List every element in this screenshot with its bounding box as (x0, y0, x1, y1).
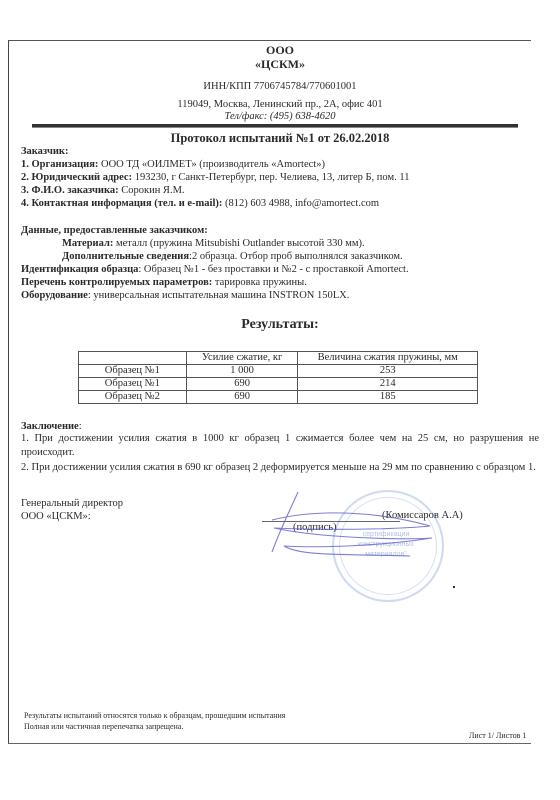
label: Заключение (21, 421, 79, 432)
table-row: Образец №1 1 000 253 (79, 365, 478, 378)
value: : универсальная испытательная машина INS… (88, 290, 350, 301)
conclusion-item-2: 2. При достижении усилия сжатия в 690 кг… (21, 461, 539, 475)
customer-organization: 1. Организация: ООО ТД «ОИЛМЕТ» (произво… (21, 158, 325, 171)
extra-info-line: Дополнительные сведения:2 образца. Отбор… (62, 250, 403, 263)
org-address: 119049, Москва, Ленинский пр., 2А, офис … (0, 99, 560, 110)
signer-company: ООО «ЦСКМ»: (21, 510, 91, 523)
customer-address: 2. Юридический адрес: 193230, г Санкт-Пе… (21, 171, 409, 184)
customer-heading: Заказчик: (21, 145, 68, 158)
results-heading: Результаты: (0, 317, 560, 333)
page-number: Лист 1/ Листов 1 (469, 731, 526, 740)
dot-mark (453, 586, 455, 588)
table-row: Образец №2 690 185 (79, 391, 478, 404)
value: тарировка пружины. (212, 277, 307, 288)
inn-kpp: ИНН/КПП 7706745784/770601001 (0, 81, 560, 92)
value: (812) 603 4988, info@amortect.com (222, 198, 379, 209)
table-cell: Образец №2 (79, 391, 187, 404)
label: Дополнительные сведения (62, 251, 189, 262)
table-cell: Образец №1 (79, 365, 187, 378)
signer-position: Генеральный директор (21, 497, 123, 510)
conclusion-item-1: 1. При достижении усилия сжатия в 1000 к… (21, 432, 539, 460)
results-table: Усилие сжатие, кг Величина сжатия пружин… (78, 351, 478, 404)
equipment-line: Оборудование: универсальная испытательна… (21, 289, 349, 302)
table-cell: 185 (298, 391, 478, 404)
label: Оборудование (21, 290, 88, 301)
provided-heading: Данные, предоставленные заказчиком: (21, 224, 208, 237)
table-cell: 1 000 (186, 365, 298, 378)
table-cell: 214 (298, 378, 478, 391)
label: Материал: (62, 238, 113, 249)
table-row: Образец №1 690 214 (79, 378, 478, 391)
label: 4. Контактная информация (тел. и e-mail)… (21, 198, 222, 209)
footer-note-1: Результаты испытаний относятся только к … (24, 711, 285, 720)
label: 1. Организация: (21, 159, 98, 170)
table-header: Величина сжатия пружины, мм (298, 352, 478, 365)
org-form: ООО (0, 43, 560, 58)
colon: : (79, 421, 82, 432)
handwritten-signature-icon (260, 490, 440, 570)
value: Сорокин Я.М. (119, 185, 185, 196)
label: Идентификация образца (21, 264, 138, 275)
org-name: «ЦСКМ» (0, 57, 560, 72)
label: 2. Юридический адрес: (21, 172, 132, 183)
protocol-title: Протокол испытаний №1 от 26.02.2018 (0, 131, 560, 146)
value: :2 образца. Отбор проб выполнялся заказч… (189, 251, 403, 262)
table-header (79, 352, 187, 365)
value: 193230, г Санкт-Петербург, пер. Челиева,… (132, 172, 409, 183)
identification-line: Идентификация образца: Образец №1 - без … (21, 263, 409, 276)
label: Перечень контролируемых параметров: (21, 277, 212, 288)
customer-contact: 4. Контактная информация (тел. и e-mail)… (21, 197, 379, 210)
parameters-line: Перечень контролируемых параметров: тари… (21, 276, 307, 289)
material-line: Материал: металл (пружина Mitsubishi Out… (62, 237, 365, 250)
value: металл (пружина Mitsubishi Outlander выс… (113, 238, 364, 249)
table-cell: 690 (186, 378, 298, 391)
table-cell: 253 (298, 365, 478, 378)
value: : Образец №1 - без проставки и №2 - с пр… (138, 264, 408, 275)
table-header-row: Усилие сжатие, кг Величина сжатия пружин… (79, 352, 478, 365)
header-rule (32, 124, 518, 128)
customer-name: 3. Ф.И.О. заказчика: Сорокин Я.М. (21, 184, 185, 197)
table-header: Усилие сжатие, кг (186, 352, 298, 365)
footer-note-2: Полная или частичная перепечатка запреще… (24, 722, 183, 731)
table-cell: 690 (186, 391, 298, 404)
org-phone: Тел/факс: (495) 638-4620 (0, 111, 560, 122)
label: 3. Ф.И.О. заказчика: (21, 185, 119, 196)
value: ООО ТД «ОИЛМЕТ» (производитель «Amortect… (98, 159, 325, 170)
table-cell: Образец №1 (79, 378, 187, 391)
